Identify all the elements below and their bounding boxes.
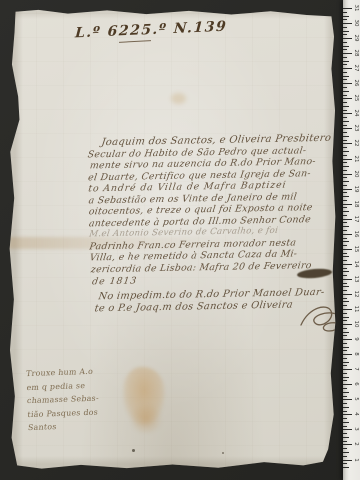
ruler-tick <box>343 102 347 103</box>
ruler-tick <box>343 207 347 208</box>
signature-flourish-icon <box>297 299 349 337</box>
ruler-tick <box>343 437 349 438</box>
ruler-tick <box>343 320 347 321</box>
ruler-tick <box>343 422 349 423</box>
ruler-tick <box>343 8 352 9</box>
ruler-tick <box>343 27 347 28</box>
ruler-tick <box>343 128 352 129</box>
ruler-number: 6 <box>352 379 360 389</box>
photograph-background: L.º 6225.º N.139 Joaquim dos Sanctos, e … <box>0 0 360 480</box>
ruler-tick <box>343 399 352 400</box>
ruler-tick <box>343 136 349 137</box>
ruler-number: 10 <box>352 319 360 329</box>
ruler-tick <box>343 143 352 144</box>
marginal-note-line: Santos <box>27 417 148 435</box>
ruler-tick <box>343 392 349 393</box>
ruler-tick <box>343 271 349 272</box>
ruler-tick <box>343 467 349 468</box>
ruler-tick <box>343 140 347 141</box>
ruler-tick <box>343 46 349 47</box>
ruler-tick <box>343 61 349 62</box>
ruler-tick <box>343 166 349 167</box>
ruler-tick <box>343 238 347 239</box>
ruler-number: 11 <box>352 304 360 314</box>
ruler-tick <box>343 215 347 216</box>
ruler-tick <box>343 354 352 355</box>
ruler-tick <box>343 151 349 152</box>
ruler-tick <box>343 411 347 412</box>
ruler-tick <box>343 79 347 80</box>
ruler-tick <box>343 433 347 434</box>
ruler-number: 7 <box>352 364 360 374</box>
ruler-number: 20 <box>352 169 360 179</box>
ruler-tick <box>343 12 347 13</box>
ruler-tick <box>343 31 349 32</box>
ruler-number: 8 <box>352 349 360 359</box>
ruler-tick <box>343 181 349 182</box>
ruler-tick <box>343 414 352 415</box>
ruler-tick <box>343 230 347 231</box>
ruler-tick <box>343 384 352 385</box>
ruler-tick <box>343 365 347 366</box>
ruler: 3130292827262524232221201918171615141312… <box>343 0 360 480</box>
ruler-tick <box>343 339 352 340</box>
ruler-tick <box>343 177 347 178</box>
ruler-tick <box>343 396 347 397</box>
ruler-tick <box>343 332 349 333</box>
ruler-tick <box>343 294 352 295</box>
ruler-tick <box>343 343 347 344</box>
ruler-number: 5 <box>352 394 360 404</box>
ruler-tick <box>343 113 352 114</box>
ruler-tick <box>343 23 352 24</box>
ruler-number: 2 <box>352 439 360 449</box>
ruler-tick <box>343 328 347 329</box>
marginal-note: Trouxe hum A.o em q pedia se chamasse Se… <box>26 363 148 435</box>
ruler-tick <box>343 53 352 54</box>
ruler-number: 30 <box>352 18 360 28</box>
ruler-tick <box>343 298 347 299</box>
ruler-tick <box>343 324 352 325</box>
ruler-tick <box>343 260 347 261</box>
ruler-tick <box>343 290 347 291</box>
ruler-tick <box>343 283 347 284</box>
ruler-tick <box>343 174 352 175</box>
ruler-tick <box>343 117 347 118</box>
ruler-tick <box>343 19 347 20</box>
ruler-tick <box>343 98 352 99</box>
ruler-tick <box>343 249 352 250</box>
ruler-tick <box>343 407 349 408</box>
ruler-tick <box>343 347 349 348</box>
ruler-number: 26 <box>352 78 360 88</box>
ruler-tick <box>343 441 347 442</box>
ruler-tick <box>343 463 347 464</box>
ruler-tick <box>343 418 347 419</box>
ruler-tick <box>343 189 352 190</box>
ruler-tick <box>343 68 352 69</box>
ruler-tick <box>343 335 347 336</box>
ruler-tick <box>343 170 347 171</box>
ruler-scale: 3130292827262524232221201918171615141312… <box>343 0 360 480</box>
ruler-tick <box>343 222 347 223</box>
ruler-tick <box>343 279 352 280</box>
ruler-tick <box>343 200 347 201</box>
ruler-number: 18 <box>352 199 360 209</box>
ruler-number: 22 <box>352 138 360 148</box>
ruler-tick <box>343 83 352 84</box>
ruler-tick <box>343 211 349 212</box>
ruler-tick <box>343 309 352 310</box>
ruler-number: 9 <box>352 334 360 344</box>
ruler-tick <box>343 448 347 449</box>
ruler-tick <box>343 444 352 445</box>
ruler-tick <box>343 241 349 242</box>
paper-speck <box>132 449 135 452</box>
ruler-tick <box>343 38 352 39</box>
ruler-tick <box>343 245 347 246</box>
ruler-tick <box>343 373 347 374</box>
ruler-number: 3 <box>352 424 360 434</box>
ruler-tick <box>343 192 347 193</box>
archival-number-underline <box>119 40 151 43</box>
ruler-tick <box>343 106 349 107</box>
ruler-tick <box>343 125 347 126</box>
ruler-number: 23 <box>352 123 360 133</box>
ruler-tick <box>343 253 347 254</box>
ruler-tick <box>343 369 352 370</box>
ruler-tick <box>343 196 349 197</box>
ruler-number: 13 <box>352 274 360 284</box>
ruler-tick <box>343 377 349 378</box>
ruler-tick <box>343 72 347 73</box>
ruler-number: 19 <box>352 184 360 194</box>
ruler-tick <box>343 456 347 457</box>
ruler-number: 15 <box>352 244 360 254</box>
ruler-tick <box>343 313 347 314</box>
ruler-tick <box>343 275 347 276</box>
manuscript-body-text: Joaquim dos Sanctos, e Oliveira Presbite… <box>87 133 340 315</box>
ruler-tick <box>343 76 349 77</box>
archival-number: L.º 6225.º N.139 <box>75 19 228 42</box>
ruler-tick <box>343 185 347 186</box>
ruler-number: 1 <box>352 455 360 465</box>
ruler-number: 27 <box>352 63 360 73</box>
stain-faint <box>171 93 186 104</box>
ruler-tick <box>343 305 347 306</box>
ruler-number: 16 <box>352 229 360 239</box>
ruler-number: 12 <box>352 289 360 299</box>
ruler-tick <box>343 380 347 381</box>
ruler-tick <box>343 426 347 427</box>
ruler-number: 25 <box>352 93 360 103</box>
manuscript-paper: L.º 6225.º N.139 Joaquim dos Sanctos, e … <box>9 9 336 470</box>
ruler-tick <box>343 350 347 351</box>
ruler-tick <box>343 121 349 122</box>
ruler-number: 4 <box>352 409 360 419</box>
ruler-tick <box>343 388 347 389</box>
ruler-tick <box>343 16 349 17</box>
ruler-tick <box>343 87 347 88</box>
ruler-number: 28 <box>352 48 360 58</box>
ruler-number: 29 <box>352 33 360 43</box>
ruler-tick <box>343 264 352 265</box>
ruler-tick <box>343 91 349 92</box>
ruler-tick <box>343 110 347 111</box>
ruler-number: 14 <box>352 259 360 269</box>
ruler-tick <box>343 256 349 257</box>
ruler-tick <box>343 64 347 65</box>
ruler-tick <box>343 358 347 359</box>
ruler-tick <box>343 286 349 287</box>
ruler-number: 17 <box>352 214 360 224</box>
ruler-tick <box>343 317 349 318</box>
ruler-tick <box>343 204 352 205</box>
ruler-tick <box>343 162 347 163</box>
ruler-tick <box>343 452 349 453</box>
ruler-tick <box>343 268 347 269</box>
ruler-tick <box>343 155 347 156</box>
ruler-tick <box>343 301 349 302</box>
ruler-tick <box>343 159 352 160</box>
ruler-tick <box>343 460 352 461</box>
ruler-tick <box>343 234 352 235</box>
ruler-tick <box>343 362 349 363</box>
ruler-tick <box>343 132 347 133</box>
ruler-number: 21 <box>352 154 360 164</box>
ruler-tick <box>343 226 349 227</box>
ruler-number: 31 <box>352 3 360 13</box>
ruler-number: 24 <box>352 108 360 118</box>
ruler-tick <box>343 57 347 58</box>
ruler-tick <box>343 403 347 404</box>
paper-speck <box>222 452 224 454</box>
ruler-tick <box>343 34 347 35</box>
ruler-tick <box>343 42 347 43</box>
ruler-tick <box>343 49 347 50</box>
ruler-tick <box>343 429 352 430</box>
ruler-tick <box>343 95 347 96</box>
ruler-tick <box>343 147 347 148</box>
ruler-tick <box>343 219 352 220</box>
